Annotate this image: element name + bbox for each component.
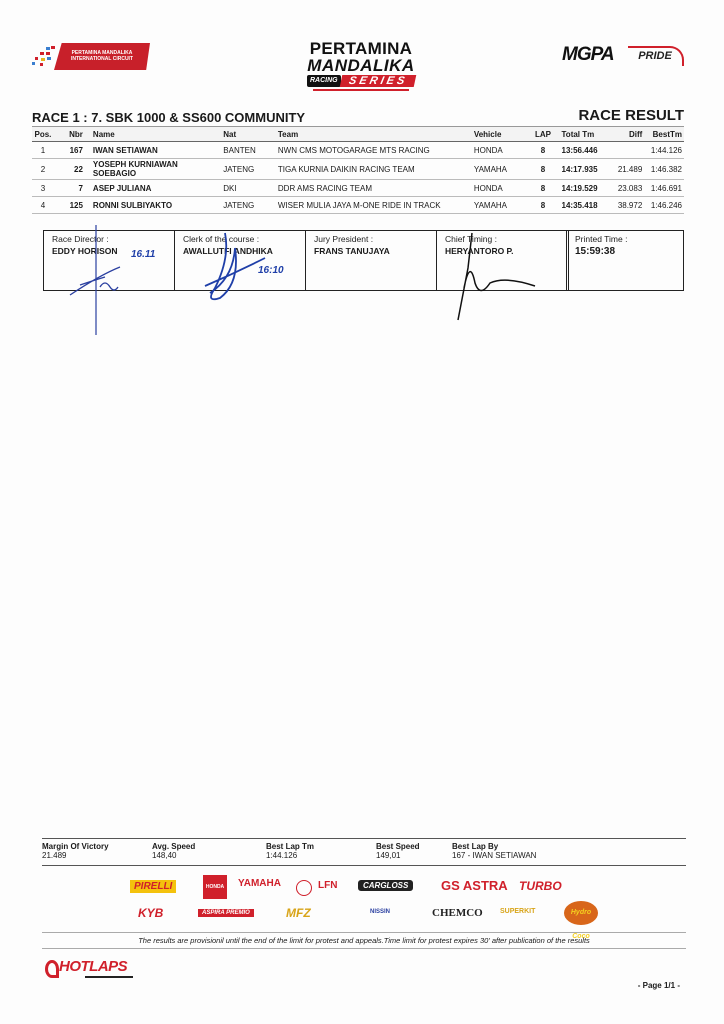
cell-best: 1:46.382 [644, 159, 684, 180]
cell-diff: 23.083 [613, 180, 645, 197]
sponsor-aspira-premio: ASPIRA PREMIO [198, 909, 254, 917]
cell-best: 1:44.126 [644, 142, 684, 159]
cell-name: IWAN SETIAWAN [91, 142, 221, 159]
cell-total: 14:35.418 [560, 197, 613, 214]
race-result-heading: RACE RESULT [578, 107, 684, 124]
printed-time-value: 15:59:38 [575, 246, 675, 257]
cell-lap: 8 [527, 180, 560, 197]
sponsor-honda: HONDA [203, 875, 227, 899]
col-team: Team [276, 127, 472, 142]
cell-nbr: 167 [54, 142, 91, 159]
cell-name: YOSEPH KURNIAWAN SOEBAGIO [91, 159, 221, 180]
cell-name: RONNI SULBIYAKTO [91, 197, 221, 214]
cell-name: ASEP JULIANA [91, 180, 221, 197]
sponsor-mfz: MFZ [286, 906, 311, 920]
pertamina-mandalika-circuit-logo: PERTAMINA MANDALIKA INTERNATIONAL CIRCUI… [32, 43, 150, 70]
sponsor-nissin: NISSIN [370, 909, 390, 915]
best-lap-by: Best Lap By 167 - IWAN SETIAWAN [452, 842, 536, 860]
cell-pos: 4 [32, 197, 54, 214]
sponsor-chemco: CHEMCO [432, 907, 483, 919]
cell-nbr: 125 [54, 197, 91, 214]
sponsor-turbo: TURBO [519, 879, 562, 893]
cell-total: 13:56.446 [560, 142, 613, 159]
cell-team: DDR AMS RACING TEAM [276, 180, 472, 197]
col-name: Name [91, 127, 221, 142]
cell-lap: 8 [527, 159, 560, 180]
cell-nbr: 7 [54, 180, 91, 197]
margin-of-victory: Margin Of Victory 21.489 [42, 842, 109, 860]
col-vehicle: Vehicle [472, 127, 527, 142]
cell-total: 14:17.935 [560, 159, 613, 180]
best-speed: Best Speed 149,01 [376, 842, 420, 860]
table-header-row: Pos. Nbr Name Nat Team Vehicle LAP Total… [32, 127, 684, 142]
race-title: RACE 1 : 7. SBK 1000 & SS600 COMMUNITY [32, 110, 305, 125]
cell-pos: 3 [32, 180, 54, 197]
hotlaps-logo: HOTLAPS [45, 958, 135, 986]
cell-nat: JATENG [221, 197, 276, 214]
cell-nat: DKI [221, 180, 276, 197]
cell-vehicle: HONDA [472, 142, 527, 159]
cell-diff: 21.489 [613, 159, 645, 180]
pride-logo: PRIDE [628, 46, 684, 66]
sponsor-pirelli: PIRELLI [130, 880, 176, 893]
cell-vehicle: YAMAHA [472, 159, 527, 180]
cell-best: 1:46.246 [644, 197, 684, 214]
table-row: 37ASEP JULIANADKIDDR AMS RACING TEAMHOND… [32, 180, 684, 197]
table-row: 4125RONNI SULBIYAKTOJATENGWISER MULIA JA… [32, 197, 684, 214]
cell-team: NWN CMS MOTOGARAGE MTS RACING [276, 142, 472, 159]
sponsor-superkit: SUPERKIT [500, 908, 535, 915]
col-total: Total Tm [560, 127, 613, 142]
sponsor-kyb: KYB [138, 906, 163, 920]
table-row: 1167IWAN SETIAWANBANTENNWN CMS MOTOGARAG… [32, 142, 684, 159]
col-nbr: Nbr [54, 127, 91, 142]
hotlaps-helmet-icon [45, 960, 59, 978]
sponsor-lfn: LFN [318, 880, 337, 891]
cell-lap: 8 [527, 142, 560, 159]
lfn-icon [296, 880, 312, 896]
pertamina-mandalika-racing-series-logo: PERTAMINA MANDALIKA RACING SERIES [305, 40, 417, 96]
race-director-box: Race Director : EDDY HORISON [43, 230, 175, 291]
cell-vehicle: HONDA [472, 180, 527, 197]
cell-vehicle: YAMAHA [472, 197, 527, 214]
sponsor-gs-astra: GS ASTRA [441, 878, 508, 893]
col-best: BestTm [644, 127, 684, 142]
cell-lap: 8 [527, 197, 560, 214]
clerk-of-course-box: Clerk of the course : AWALLUTFI ANDHIKA [175, 230, 306, 291]
results-table: Pos. Nbr Name Nat Team Vehicle LAP Total… [32, 126, 684, 214]
officials-signature-boxes: Race Director : EDDY HORISON Clerk of th… [43, 230, 569, 291]
chief-timing-box: Chief Timing : HERYANTORO P. [437, 230, 569, 291]
cell-pos: 2 [32, 159, 54, 180]
cell-nat: BANTEN [221, 142, 276, 159]
table-row: 222YOSEPH KURNIAWAN SOEBAGIOJATENGTIGA K… [32, 159, 684, 180]
cell-nat: JATENG [221, 159, 276, 180]
checkered-dots-icon [32, 46, 58, 68]
col-nat: Nat [221, 127, 276, 142]
page-number: - Page 1/1 - [638, 981, 680, 990]
sponsor-yamaha: YAMAHA [238, 878, 281, 889]
best-lap-time: Best Lap Tm 1:44.126 [266, 842, 314, 860]
provisional-results-disclaimer: The results are provisionil until the en… [42, 932, 686, 949]
mgpa-logo: MGPA [562, 44, 614, 66]
jury-president-box: Jury President : FRANS TANUJAYA [306, 230, 437, 291]
cell-total: 14:19.529 [560, 180, 613, 197]
cell-diff: 38.972 [613, 197, 645, 214]
race-summary: Margin Of Victory 21.489 Avg. Speed 148,… [42, 838, 686, 866]
avg-speed: Avg. Speed 148,40 [152, 842, 195, 860]
col-diff: Diff [613, 127, 645, 142]
clerk-handwritten-time: 16:10 [258, 265, 284, 276]
sponsor-cargloss: CARGLOSS [358, 880, 413, 891]
sponsor-hydro-coco: Hydro Coco [564, 901, 598, 925]
col-lap: LAP [527, 127, 560, 142]
cell-team: WISER MULIA JAYA M-ONE RIDE IN TRACK [276, 197, 472, 214]
cell-nbr: 22 [54, 159, 91, 180]
race-director-handwritten-time: 16.11 [131, 249, 155, 260]
printed-time-box: Printed Time : 15:59:38 [566, 230, 684, 291]
cell-pos: 1 [32, 142, 54, 159]
cell-best: 1:46.691 [644, 180, 684, 197]
cell-diff [613, 142, 645, 159]
cell-team: TIGA KURNIA DAIKIN RACING TEAM [276, 159, 472, 180]
col-pos: Pos. [32, 127, 54, 142]
